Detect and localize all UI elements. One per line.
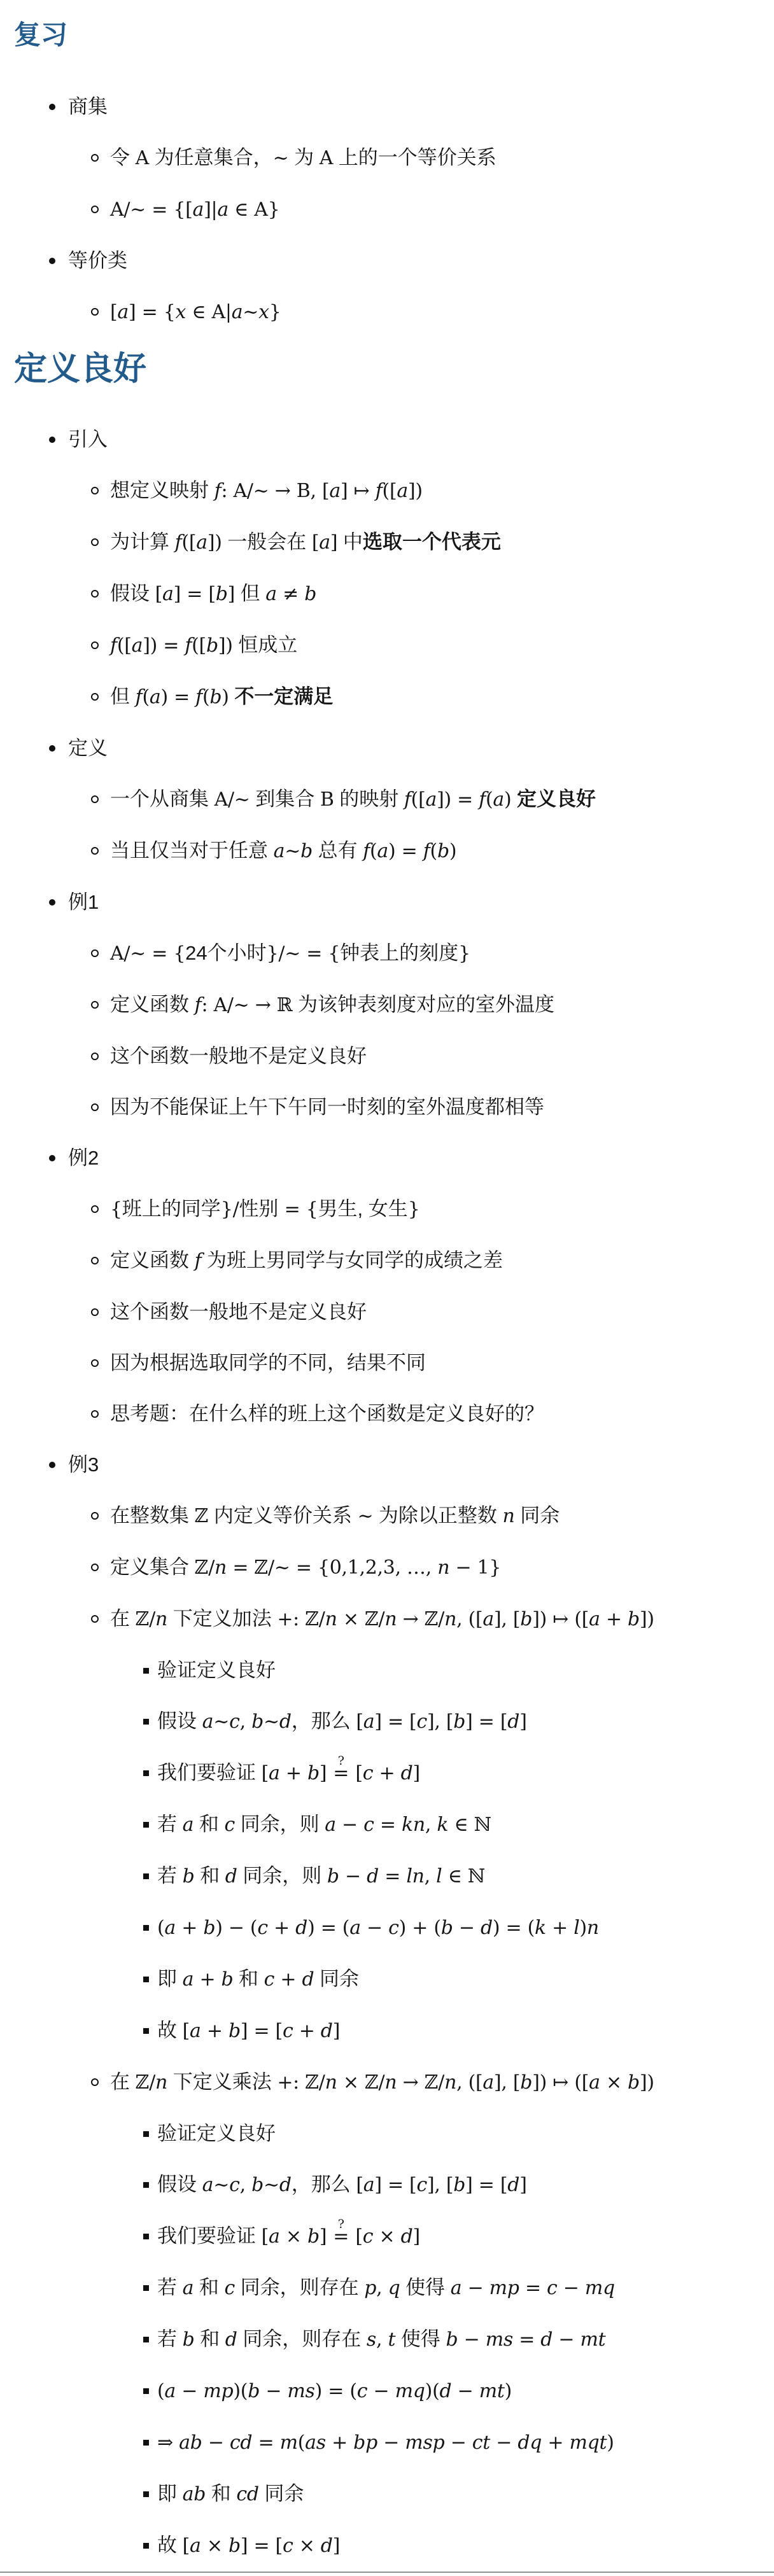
- list-item: 定义函数 f 为班上男同学与女同学的成绩之差: [13, 1247, 774, 1275]
- circle-bullet-icon: [91, 528, 110, 546]
- item-text: 若 b 和 d 同余，则 b − d = ln, l ∈ ℕ: [157, 1862, 485, 1891]
- cjk-text: 同余，则存在: [235, 2276, 364, 2299]
- circle-bullet-icon: [91, 683, 110, 701]
- cjk-text: 和: [195, 2328, 225, 2350]
- cjk-text: 班上的同学: [122, 1198, 221, 1220]
- cjk-text: 等价类: [68, 249, 127, 272]
- cjk-text: ，那么: [292, 1710, 356, 1732]
- cjk-text: 例3: [68, 1453, 99, 1476]
- list-item: 验证定义良好: [13, 2120, 774, 2148]
- cjk-text: 但: [235, 582, 265, 605]
- math-text: }: [408, 1198, 420, 1221]
- cjk-text: 定义: [68, 737, 108, 759]
- cjk-text: 若: [157, 2328, 183, 2350]
- item-text: 若 a 和 c 同余，则 a − c = kn, k ∈ ℕ: [157, 1810, 491, 1839]
- list-item: 假设 a~c, b~d，那么 [a] = [c], [b] = [d]: [13, 1707, 774, 1736]
- square-bullet-icon: [143, 1759, 157, 1776]
- cjk-text: 定义集合: [110, 1556, 195, 1578]
- item-text: 假设 a~c, b~d，那么 [a] = [c], [b] = [d]: [157, 1707, 527, 1736]
- list-item: 定义函数 f: A/~ → ℝ 为该钟表刻度对应的室外温度: [13, 991, 774, 1019]
- list-item: 定义集合 ℤ/n = ℤ/~ = {0,1,2,3, …, n − 1}: [13, 1553, 774, 1582]
- cjk-text: 令: [110, 146, 136, 169]
- math-text: f([a]): [175, 531, 222, 554]
- math-text: [a × b] = [c × d]: [183, 2535, 340, 2557]
- math-text: a~c, b~d: [202, 2174, 292, 2196]
- item-text: 故 [a + b] = [c + d]: [157, 2017, 340, 2045]
- cjk-text: 当且仅当对于任意: [110, 839, 274, 862]
- math-text: a: [183, 1814, 194, 1836]
- cjk-text: 故: [157, 2019, 183, 2041]
- cjk-text: 这个函数一般地不是定义良好: [110, 1301, 367, 1323]
- item-text: 即 a + b 和 c + d 同余: [157, 1965, 359, 1994]
- list-item: 我们要验证 [a + b]?=[c + d]: [13, 1759, 774, 1788]
- math-text: ℤ/n: [136, 2071, 167, 2094]
- cjk-text: 性别: [239, 1198, 278, 1220]
- math-text: A/~ = {: [110, 942, 185, 965]
- circle-bullet-icon: [91, 1553, 110, 1571]
- cjk-text: 不一定满足: [234, 685, 333, 708]
- math-text: c: [224, 2277, 235, 2299]
- list-item: 思考题：在什么样的班上这个函数是定义良好的？: [13, 1400, 774, 1428]
- math-text: [a] = {x ∈ A|a~x}: [110, 301, 281, 323]
- cjk-text: 为除以正整数: [373, 1504, 502, 1527]
- cjk-text: 选取一个代表元: [363, 531, 501, 553]
- list-item: 若 a 和 c 同余，则存在 p, q 使得 a − mp = c − mq: [13, 2274, 774, 2302]
- square-bullet-icon: [143, 2428, 157, 2446]
- cjk-text: 下定义加法: [167, 1607, 277, 1630]
- cjk-text: 但: [110, 685, 136, 708]
- cjk-text: 定义良好: [517, 788, 596, 810]
- list-item: 想定义映射 f: A/~ → B, [a] ↦ f([a]): [13, 477, 774, 505]
- questioned-equals: ?=: [333, 2223, 349, 2251]
- math-text: c: [224, 1814, 235, 1836]
- math-text: a + b: [183, 1968, 234, 1991]
- cjk-text: 同余: [259, 2482, 304, 2505]
- square-bullet-icon: [143, 1965, 157, 1982]
- math-text: A: [136, 147, 149, 169]
- math-text: d: [225, 1865, 237, 1887]
- math-text: b: [183, 2328, 195, 2351]
- cjk-text: 定义函数: [110, 993, 195, 1016]
- list-item: 这个函数一般地不是定义良好: [13, 1298, 774, 1326]
- math-text: ab: [183, 2483, 206, 2505]
- cjk-text: ，那么: [292, 2173, 356, 2195]
- math-text: [c + d]: [355, 1762, 420, 1784]
- list-item: [a] = {x ∈ A|a~x}: [13, 298, 774, 326]
- disc-bullet-icon: [49, 1144, 68, 1161]
- square-bullet-icon: [143, 1914, 157, 1931]
- cjk-text: 若: [157, 1813, 183, 1835]
- math-text: a: [183, 2277, 194, 2299]
- list-item: 引入: [13, 426, 774, 454]
- item-text: 想定义映射 f: A/~ → B, [a] ↦ f([a]): [110, 477, 423, 505]
- list-item: 令 A 为任意集合，~ 为 A 上的一个等价关系: [13, 144, 774, 172]
- square-bullet-icon: [143, 2325, 157, 2342]
- notes-document: 复习商集令 A 为任意集合，~ 为 A 上的一个等价关系A/~ = {[a]|a…: [0, 0, 774, 2560]
- math-text: a − mp = c − mq: [451, 2277, 615, 2299]
- circle-bullet-icon: [91, 580, 110, 598]
- item-text: 这个函数一般地不是定义良好: [110, 1298, 367, 1326]
- math-text: (a + b) − (c + d) = (a − c) + (b − d) = …: [157, 1917, 599, 1939]
- item-text: {班上的同学}/性别 = {男生, 女生}: [110, 1195, 420, 1224]
- cjk-text: 即: [157, 2482, 183, 2505]
- cjk-text: 一个从商集: [110, 788, 215, 810]
- math-text: ~: [357, 1505, 373, 1527]
- math-text: n: [503, 1505, 515, 1527]
- math-text: [a]: [312, 531, 337, 554]
- list-item: 为计算 f([a]) 一般会在 [a] 中选取一个代表元: [13, 528, 774, 557]
- item-text: 即 ab 和 cd 同余: [157, 2480, 304, 2509]
- list-item: A/~ = {24个小时}/~ = {钟表上的刻度}: [13, 939, 774, 968]
- cjk-text: 同余: [314, 1968, 359, 1990]
- list-item: 这个函数一般地不是定义良好: [13, 1042, 774, 1070]
- math-text: f([a]) = f(a): [404, 788, 512, 811]
- math-text: +: ℤ/n × ℤ/n → ℤ/n, ([a], [b]) ↦ ([a + b…: [277, 1608, 654, 1630]
- list-item: 在整数集 ℤ 内定义等价关系 ~ 为除以正整数 n 同余: [13, 1502, 774, 1530]
- math-text: ℤ/n: [136, 1608, 167, 1630]
- cjk-text: 下定义乘法: [167, 2071, 277, 2093]
- list-item: f([a]) = f([b]) 恒成立: [13, 631, 774, 660]
- math-text: a ≠ b: [265, 583, 316, 605]
- disc-bullet-icon: [49, 1451, 68, 1468]
- item-text: A/~ = {24个小时}/~ = {钟表上的刻度}: [110, 939, 470, 968]
- math-text: f(a) = f(b): [136, 686, 229, 708]
- math-text: b − ms = d − mt: [446, 2328, 606, 2351]
- cjk-text: 为班上男同学与女同学的成绩之差: [201, 1249, 503, 1271]
- circle-bullet-icon: [91, 1349, 110, 1367]
- math-text: b − d = ln, l ∈ ℕ: [327, 1865, 485, 1887]
- circle-bullet-icon: [91, 1247, 110, 1264]
- circle-bullet-icon: [91, 477, 110, 494]
- item-text: 但 f(a) = f(b) 不一定满足: [110, 683, 333, 711]
- square-bullet-icon: [143, 2274, 157, 2291]
- list-item: 验证定义良好: [13, 1656, 774, 1684]
- cjk-text: 男生, 女生: [318, 1198, 408, 1220]
- math-text: c + d: [264, 1968, 314, 1991]
- cjk-text: 和: [233, 1968, 264, 1990]
- math-text: }/: [221, 1198, 239, 1221]
- item-text: 例2: [68, 1144, 99, 1172]
- math-text: [a] = [c], [b] = [d]: [356, 2174, 526, 2196]
- list-item: 例1: [13, 888, 774, 916]
- cjk-text: 若: [157, 2276, 183, 2299]
- cjk-text: 恒成立: [233, 634, 298, 656]
- cjk-text: 想定义映射: [110, 479, 215, 501]
- math-text: p, q: [364, 2277, 400, 2299]
- item-text: 定义: [68, 734, 108, 762]
- list-item: 定义: [13, 734, 774, 762]
- item-text: 令 A 为任意集合，~ 为 A 上的一个等价关系: [110, 144, 496, 172]
- math-text: ℤ/n = ℤ/~ = {0,1,2,3, …, n − 1}: [195, 1557, 502, 1579]
- item-text: 等价类: [68, 247, 127, 275]
- circle-bullet-icon: [91, 837, 110, 855]
- square-bullet-icon: [143, 2377, 157, 2394]
- list-item: 例3: [13, 1451, 774, 1479]
- circle-bullet-icon: [91, 1605, 110, 1623]
- cjk-text: 使得: [395, 2328, 446, 2350]
- disc-bullet-icon: [49, 734, 68, 752]
- item-text: 因为根据选取同学的不同，结果不同: [110, 1349, 426, 1377]
- cjk-text: 若: [157, 1865, 183, 1887]
- item-text: 验证定义良好: [157, 1656, 276, 1684]
- disc-bullet-icon: [49, 426, 68, 443]
- math-text: f: [195, 1250, 202, 1272]
- math-text: d: [225, 2328, 237, 2351]
- list-item: 当且仅当对于任意 a~b 总有 f(a) = f(b): [13, 837, 774, 865]
- list-item: 因为不能保证上午下午同一时刻的室外温度都相等: [13, 1093, 774, 1121]
- square-bullet-icon: [143, 1656, 157, 1674]
- cjk-text: 和: [193, 2276, 224, 2299]
- cjk-text: 为任意集合，: [149, 146, 273, 169]
- list-item: 假设 a~c, b~d，那么 [a] = [c], [b] = [d]: [13, 2171, 774, 2199]
- square-bullet-icon: [143, 1862, 157, 1879]
- math-text: [a + b]: [262, 1762, 327, 1784]
- item-text: 这个函数一般地不是定义良好: [110, 1042, 367, 1070]
- cjk-text: 引入: [68, 428, 108, 451]
- math-text: [c × d]: [355, 2225, 420, 2248]
- item-text: 当且仅当对于任意 a~b 总有 f(a) = f(b): [110, 837, 456, 865]
- item-text: 若 a 和 c 同余，则存在 p, q 使得 a − mp = c − mq: [157, 2274, 615, 2302]
- cjk-text: 例2: [68, 1147, 99, 1169]
- item-text: f([a]) = f([b]) 恒成立: [110, 631, 297, 660]
- circle-bullet-icon: [91, 631, 110, 649]
- circle-bullet-icon: [91, 1502, 110, 1520]
- math-text: [a + b] = [c + d]: [183, 2020, 340, 2042]
- math-text: f: A/~ → B, [a] ↦ f([a]): [215, 480, 423, 502]
- cjk-text: 我们要验证: [157, 1761, 262, 1784]
- cjk-text: 我们要验证: [157, 2225, 262, 2247]
- cjk-text: 一般会在: [222, 531, 312, 553]
- cjk-text: 同余: [515, 1504, 560, 1527]
- list-item: 即 ab 和 cd 同余: [13, 2480, 774, 2509]
- list-item: (a − mp)(b − ms) = (c − mq)(d − mt): [13, 2377, 774, 2405]
- math-text: (a − mp)(b − ms) = (c − mq)(d − mt): [157, 2380, 512, 2402]
- math-text: = {: [278, 1198, 318, 1221]
- item-text: 假设 [a] = [b] 但 a ≠ b: [110, 580, 316, 608]
- math-text: [a × b]: [262, 2225, 327, 2248]
- cjk-text: 同余，则存在: [237, 2328, 367, 2350]
- document-page: 复习商集令 A 为任意集合，~ 为 A 上的一个等价关系A/~ = {[a]|a…: [0, 0, 774, 2576]
- cjk-text: 为: [288, 146, 319, 169]
- item-text: 思考题：在什么样的班上这个函数是定义良好的？: [110, 1400, 544, 1428]
- questioned-equals: ?=: [333, 1760, 349, 1788]
- math-text: f(a) = f(b): [363, 840, 456, 862]
- item-text: 在整数集 ℤ 内定义等价关系 ~ 为除以正整数 n 同余: [110, 1502, 559, 1530]
- math-text: {: [110, 1198, 122, 1221]
- cjk-text: 验证定义良好: [157, 1659, 276, 1681]
- cjk-text: 在: [110, 2071, 136, 2093]
- math-text: cd: [236, 2483, 258, 2505]
- square-bullet-icon: [143, 2171, 157, 2188]
- cjk-text: 同余，则: [235, 1813, 325, 1835]
- cjk-text: 为该钟表刻度对应的室外温度: [292, 993, 554, 1016]
- item-text: 为计算 f([a]) 一般会在 [a] 中选取一个代表元: [110, 528, 501, 557]
- square-bullet-icon: [143, 1810, 157, 1828]
- math-text: A/~ = {[a]|a ∈ A}: [110, 199, 279, 221]
- cjk-text: 的映射: [334, 788, 404, 810]
- math-text: b: [183, 1865, 195, 1887]
- item-text: 定义函数 f 为班上男同学与女同学的成绩之差: [110, 1247, 503, 1275]
- disc-bullet-icon: [49, 247, 68, 264]
- cjk-text: 内定义等价关系: [208, 1504, 357, 1527]
- section-heading-well-defined: 定义良好: [14, 349, 774, 389]
- cjk-text: 故: [157, 2534, 183, 2556]
- list-item: 在 ℤ/n 下定义加法 +: ℤ/n × ℤ/n → ℤ/n, ([a], [b…: [13, 1605, 774, 1634]
- cjk-text: 定义函数: [110, 1249, 195, 1271]
- cjk-text: 因为根据选取同学的不同，结果不同: [110, 1352, 426, 1374]
- item-text: ⇒ ab − cd = m(as + bp − msp − ct − dq + …: [157, 2428, 614, 2457]
- math-text: ⇒ ab − cd = m(as + bp − msp − ct − dq + …: [157, 2432, 614, 2454]
- list-item: 故 [a × b] = [c × d]: [13, 2531, 774, 2560]
- item-text: A/~ = {[a]|a ∈ A}: [110, 195, 279, 224]
- list-item: 商集: [13, 93, 774, 121]
- list-item: 等价类: [13, 247, 774, 275]
- item-text: 引入: [68, 426, 108, 454]
- circle-bullet-icon: [91, 298, 110, 316]
- cjk-text: 同余，则: [237, 1865, 327, 1887]
- item-text: 一个从商集 A/~ 到集合 B 的映射 f([a]) = f(a) 定义良好: [110, 785, 596, 814]
- cjk-text: 验证定义良好: [157, 2122, 276, 2145]
- list-item: 若 b 和 d 同余，则存在 s, t 使得 b − ms = d − mt: [13, 2325, 774, 2354]
- math-text: B: [320, 788, 334, 811]
- item-text: 若 b 和 d 同余，则存在 s, t 使得 b − ms = d − mt: [157, 2325, 605, 2354]
- math-text: A: [320, 147, 333, 169]
- item-text: 定义函数 f: A/~ → ℝ 为该钟表刻度对应的室外温度: [110, 991, 554, 1019]
- cjk-text: 使得: [400, 2276, 451, 2299]
- cjk-text: 在整数集: [110, 1504, 195, 1527]
- math-text: }/~ = {: [267, 942, 341, 965]
- item-text: 例1: [68, 888, 99, 916]
- item-text: [a] = {x ∈ A|a~x}: [110, 298, 281, 326]
- item-text: 故 [a × b] = [c × d]: [157, 2531, 340, 2560]
- circle-bullet-icon: [91, 939, 110, 957]
- circle-bullet-icon: [91, 1298, 110, 1316]
- circle-bullet-icon: [91, 2068, 110, 2086]
- math-text: f([a]) = f([b]): [110, 634, 233, 657]
- item-text: 在 ℤ/n 下定义加法 +: ℤ/n × ℤ/n → ℤ/n, ([a], [b…: [110, 1605, 654, 1634]
- item-text: 我们要验证 [a × b]?=[c × d]: [157, 2222, 420, 2251]
- list-item: 例2: [13, 1144, 774, 1172]
- math-text: s, t: [367, 2328, 395, 2351]
- list-item: (a + b) − (c + d) = (a − c) + (b − d) = …: [13, 1914, 774, 1942]
- square-bullet-icon: [143, 2531, 157, 2549]
- math-text: ℤ: [195, 1505, 209, 1527]
- cjk-text: 例1: [68, 891, 99, 913]
- list-item: 若 b 和 d 同余，则 b − d = ln, l ∈ ℕ: [13, 1862, 774, 1891]
- item-text: 在 ℤ/n 下定义乘法 +: ℤ/n × ℤ/n → ℤ/n, ([a], [b…: [110, 2068, 654, 2097]
- circle-bullet-icon: [91, 144, 110, 162]
- cjk-text: 假设: [157, 1710, 202, 1732]
- list-item: 即 a + b 和 c + d 同余: [13, 1965, 774, 1994]
- cjk-text: 和: [206, 2482, 236, 2505]
- math-text: [a] = [b]: [155, 583, 235, 605]
- cjk-text: 和: [193, 1813, 224, 1835]
- item-text: 验证定义良好: [157, 2120, 276, 2148]
- section-heading-review: 复习: [14, 19, 774, 51]
- math-text: +: ℤ/n × ℤ/n → ℤ/n, ([a], [b]) ↦ ([a × b…: [277, 2071, 654, 2094]
- cjk-text: [511, 788, 517, 810]
- cjk-text: 思考题：在什么样的班上这个函数是定义良好的？: [110, 1403, 544, 1425]
- square-bullet-icon: [143, 2120, 157, 2137]
- cjk-text: 即: [157, 1968, 183, 1990]
- item-text: 例3: [68, 1451, 99, 1479]
- circle-bullet-icon: [91, 991, 110, 1009]
- math-text: f: A/~ → ℝ: [195, 994, 293, 1016]
- math-text: A/~: [215, 788, 250, 811]
- math-text: a~b: [274, 840, 313, 862]
- cjk-text: 中: [337, 531, 363, 553]
- circle-bullet-icon: [91, 1042, 110, 1060]
- list-item: 在 ℤ/n 下定义乘法 +: ℤ/n × ℤ/n → ℤ/n, ([a], [b…: [13, 2068, 774, 2097]
- cjk-text: 上的一个等价关系: [333, 146, 496, 169]
- circle-bullet-icon: [91, 1400, 110, 1418]
- item-text: 商集: [68, 93, 108, 121]
- cjk-text: 因为不能保证上午下午同一时刻的室外温度都相等: [110, 1096, 544, 1118]
- cjk-text: 到集合: [250, 788, 320, 810]
- item-text: (a + b) − (c + d) = (a − c) + (b − d) = …: [157, 1914, 599, 1942]
- list-item: 假设 [a] = [b] 但 a ≠ b: [13, 580, 774, 608]
- list-item: 故 [a + b] = [c + d]: [13, 2017, 774, 2045]
- disc-bullet-icon: [49, 888, 68, 906]
- cjk-text: 商集: [68, 95, 108, 118]
- cjk-text: 假设: [157, 2173, 202, 2195]
- square-bullet-icon: [143, 2480, 157, 2497]
- list-item: 我们要验证 [a × b]?=[c × d]: [13, 2222, 774, 2251]
- item-text: (a − mp)(b − ms) = (c − mq)(d − mt): [157, 2377, 512, 2405]
- square-bullet-icon: [143, 1707, 157, 1725]
- math-text: a − c = kn, k ∈ ℕ: [325, 1814, 491, 1836]
- list-item: 但 f(a) = f(b) 不一定满足: [13, 683, 774, 711]
- circle-bullet-icon: [91, 1093, 110, 1111]
- square-bullet-icon: [143, 2222, 157, 2239]
- item-text: 定义集合 ℤ/n = ℤ/~ = {0,1,2,3, …, n − 1}: [110, 1553, 501, 1582]
- item-text: 假设 a~c, b~d，那么 [a] = [c], [b] = [d]: [157, 2171, 527, 2199]
- math-text: ~: [273, 147, 289, 169]
- square-bullet-icon: [143, 2017, 157, 2034]
- list-item: {班上的同学}/性别 = {男生, 女生}: [13, 1195, 774, 1224]
- math-text: a~c, b~d: [202, 1711, 292, 1733]
- math-text: [a] = [c], [b] = [d]: [356, 1711, 526, 1733]
- cjk-text: 在: [110, 1607, 136, 1630]
- item-text: 因为不能保证上午下午同一时刻的室外温度都相等: [110, 1093, 544, 1121]
- cjk-text: 24个小时: [185, 942, 266, 964]
- cjk-text: 和: [195, 1865, 225, 1887]
- circle-bullet-icon: [91, 195, 110, 213]
- circle-bullet-icon: [91, 1195, 110, 1213]
- cjk-text: 为计算: [110, 531, 175, 553]
- list-item: 一个从商集 A/~ 到集合 B 的映射 f([a]) = f(a) 定义良好: [13, 785, 774, 814]
- list-item: 若 a 和 c 同余，则 a − c = kn, k ∈ ℕ: [13, 1810, 774, 1839]
- cjk-text: 钟表上的刻度: [340, 942, 458, 964]
- cjk-text: 这个函数一般地不是定义良好: [110, 1045, 367, 1067]
- bottom-divider: [0, 2572, 774, 2573]
- item-text: 我们要验证 [a + b]?=[c + d]: [157, 1759, 420, 1788]
- cjk-text: 总有: [313, 839, 363, 862]
- math-text: }: [458, 942, 470, 965]
- cjk-text: 假设: [110, 582, 155, 605]
- disc-bullet-icon: [49, 93, 68, 110]
- list-item: 因为根据选取同学的不同，结果不同: [13, 1349, 774, 1377]
- list-item: ⇒ ab − cd = m(as + bp − msp − ct − dq + …: [13, 2428, 774, 2457]
- circle-bullet-icon: [91, 785, 110, 803]
- list-item: A/~ = {[a]|a ∈ A}: [13, 195, 774, 224]
